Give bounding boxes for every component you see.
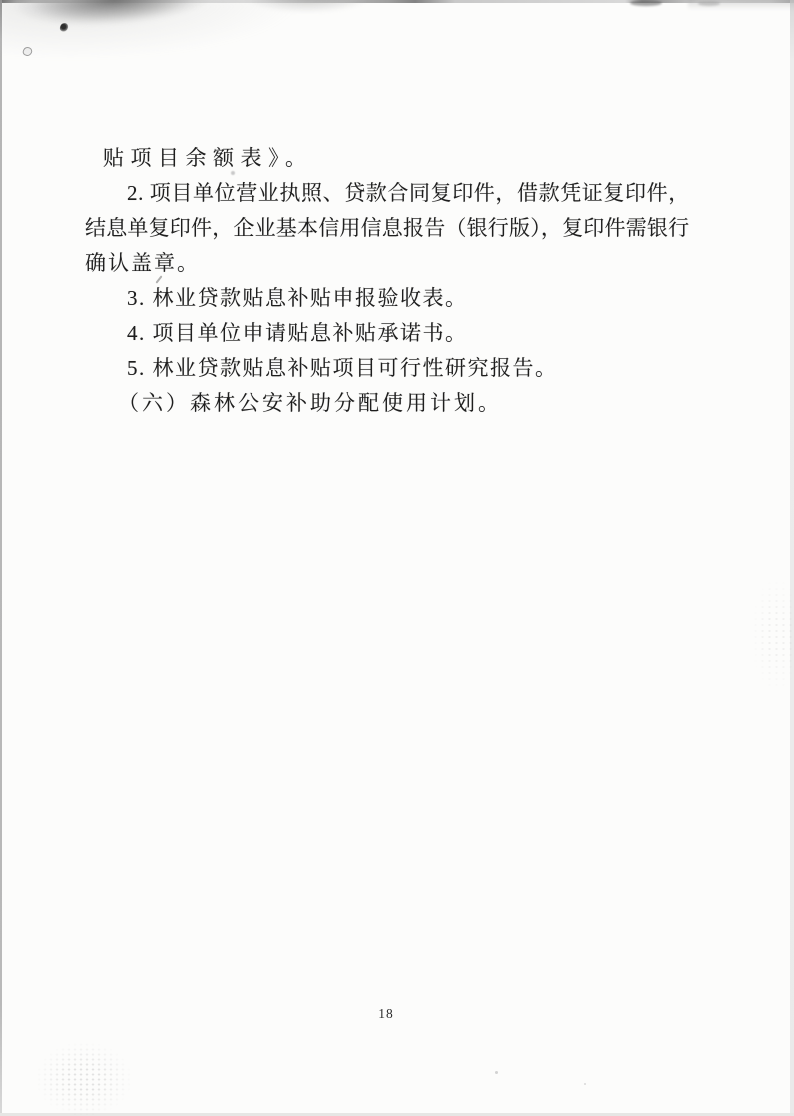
body-text-line: 3. 林业贷款贴息补贴申报验收表。 bbox=[85, 281, 725, 316]
body-text-line: 贴项目余额表》。 bbox=[85, 141, 725, 176]
body-text-line: 5. 林业贷款贴息补贴项目可行性研究报告。 bbox=[85, 351, 725, 386]
ink-speck bbox=[59, 22, 69, 32]
body-text-line: 结息单复印件，企业基本信用信息报告（银行版），复印件需银行 bbox=[85, 211, 725, 246]
scan-smudge bbox=[630, 0, 662, 6]
scan-dust-dot bbox=[584, 1083, 586, 1085]
page-number: 18 bbox=[336, 1006, 436, 1022]
scan-top-edge-line bbox=[0, 0, 794, 3]
scan-shadow-top-right bbox=[688, 0, 794, 10]
scan-right-edge-line bbox=[790, 0, 794, 1116]
scan-shadow-top-left-halo bbox=[0, 0, 320, 64]
ink-speck bbox=[22, 46, 34, 58]
scan-dust-dot bbox=[495, 1071, 498, 1074]
scan-shadow-top-middle bbox=[245, 0, 370, 12]
scan-shadow-top-left bbox=[0, 0, 238, 41]
scan-noise-bottom-left bbox=[36, 1042, 132, 1116]
scan-smudge bbox=[698, 1, 720, 6]
scanned-document-page: 贴项目余额表》。 2. 项目单位营业执照、贷款合同复印件，借款凭证复印件， 结息… bbox=[0, 0, 794, 1116]
scan-left-edge-line bbox=[0, 0, 2, 1116]
body-text-line: 2. 项目单位营业执照、贷款合同复印件，借款凭证复印件， bbox=[85, 176, 725, 211]
body-text-line: 4. 项目单位申请贴息补贴承诺书。 bbox=[85, 316, 725, 351]
body-text-line: 确认盖章。 bbox=[85, 246, 725, 281]
body-text-line: （六）森林公安补助分配使用计划。 bbox=[85, 386, 725, 421]
document-body: 贴项目余额表》。 2. 项目单位营业执照、贷款合同复印件，借款凭证复印件， 结息… bbox=[85, 141, 725, 421]
scan-noise-right bbox=[752, 580, 792, 690]
